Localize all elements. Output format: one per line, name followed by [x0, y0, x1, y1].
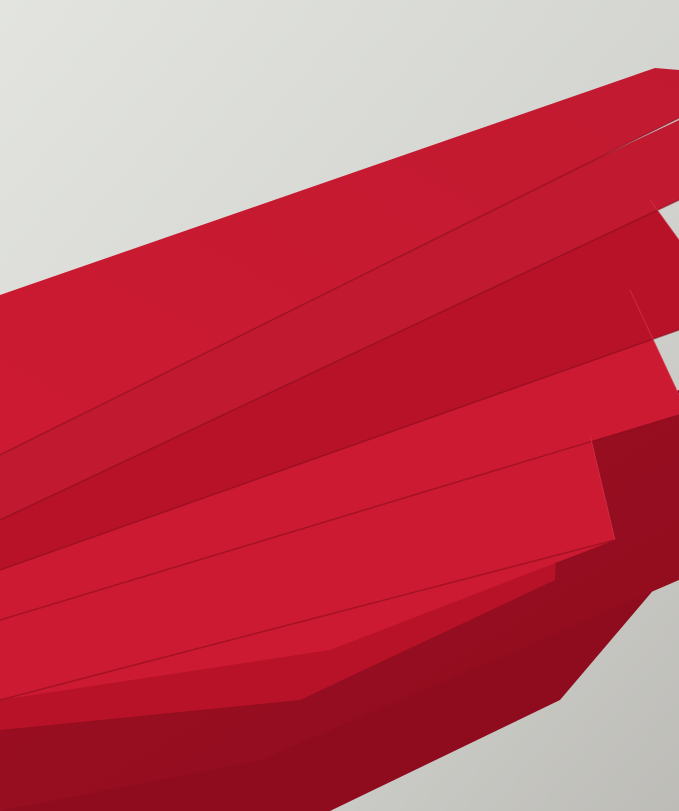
photo-red-paper-sheets — [0, 0, 679, 811]
